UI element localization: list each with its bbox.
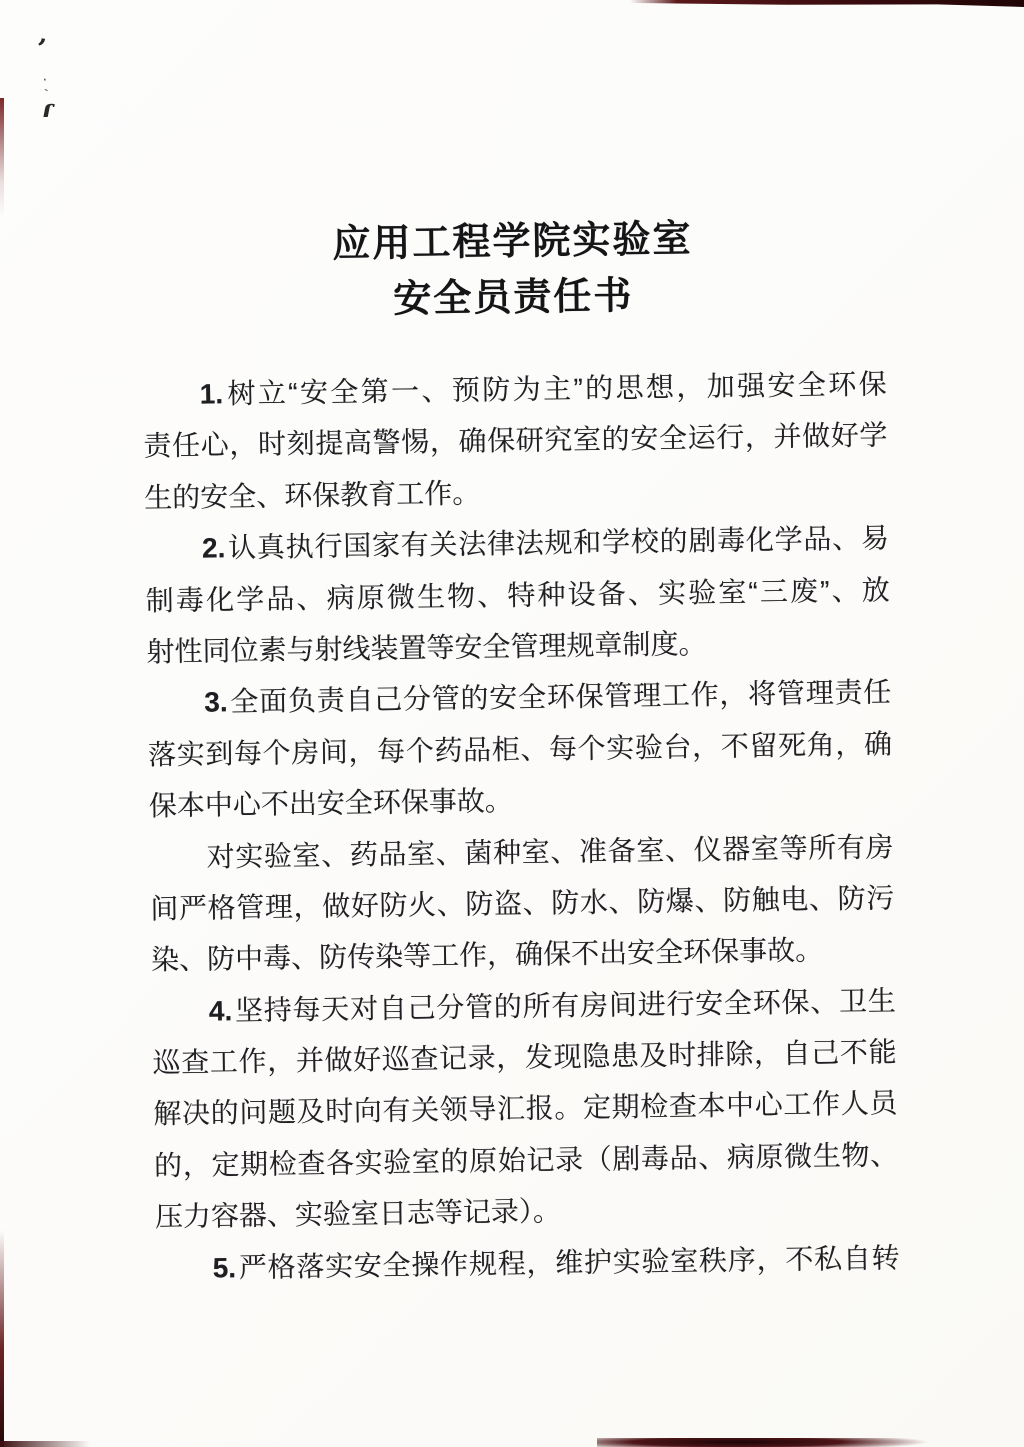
ink-mark: ɾ	[42, 96, 53, 121]
paragraph: 4.坚持每天对自己分管的所有房间进行安全环保、卫生巡查工作，并做好巡查记录，发现…	[152, 975, 900, 1243]
paragraph-number: 1.	[199, 378, 225, 409]
paragraph: 5.严格落实安全操作规程，维护实验室秩序，不私自转	[155, 1232, 900, 1294]
scan-edge-left-top	[0, 98, 4, 216]
paragraph: 2.认真执行国家有关法律法规和学校的剧毒化学品、易制毒化学品、病原微生物、特种设…	[145, 513, 891, 678]
document-title: 应用工程学院实验室 安全员责任书	[140, 208, 886, 331]
title-line-2: 安全员责任书	[141, 264, 886, 331]
paragraph: 3.全面负责自己分管的安全环保管理工作，将管理责任落实到每个房间，每个药品柜、每…	[147, 667, 893, 832]
paragraph-number: 5.	[212, 1252, 238, 1283]
paragraph: 1.树立“安全第一、预防为主”的思想，加强安全环保责任心，时刻提高警惕，确保研究…	[142, 358, 888, 523]
scan-edge-bottom-left	[0, 1441, 90, 1447]
text-line: 责任心，时刻提高警惕，确保研究室的安全运行，并做好学	[143, 410, 888, 472]
ink-mark: ·	[42, 70, 48, 87]
paragraph-number: 4.	[209, 995, 235, 1026]
document-body: 1.树立“安全第一、预防为主”的思想，加强安全环保责任心，时刻提高警惕，确保研究…	[142, 358, 900, 1294]
ink-mark: ’	[34, 35, 48, 63]
scan-edge-top	[630, 0, 1024, 7]
document-content: 应用工程学院实验室 安全员责任书 1.树立“安全第一、预防为主”的思想，加强安全…	[140, 202, 900, 1294]
paragraph: 对实验室、药品室、菌种室、准备室、仪器室等所有房间严格管理，做好防火、防盗、防水…	[149, 821, 895, 986]
scanned-page: ’ · ` ɾ 应用工程学院实验室 安全员责任书 1.树立“安全第一、预防为主”…	[0, 0, 1024, 1447]
paragraph-number: 2.	[202, 532, 228, 563]
scan-edge-bottom	[597, 1438, 965, 1447]
scan-edge-left-bottom	[0, 1230, 4, 1447]
text-line: 5.严格落实安全操作规程，维护实验室秩序，不私自转	[155, 1232, 900, 1294]
paragraph-number: 3.	[204, 687, 230, 718]
